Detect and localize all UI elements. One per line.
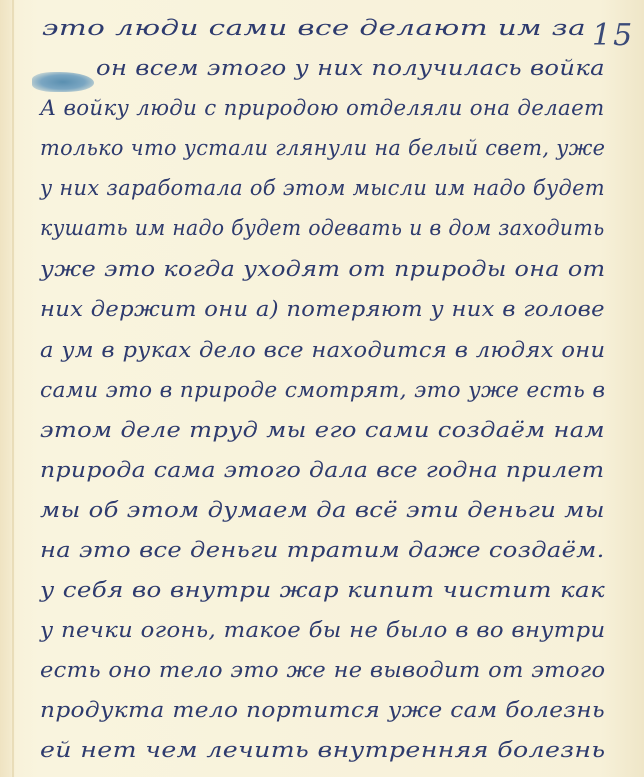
text-line-4: только что устали глянули на белый свет,… (40, 136, 605, 160)
text-line-5: у них заработала об этом мысли им надо б… (40, 176, 605, 200)
text-line-17: есть оно тело это же не выводит от этого (40, 658, 605, 682)
text-line-15: у себя во внутри жар кипит чистит как (40, 578, 605, 602)
text-line-2: он всем этого у них получилась войка (96, 56, 605, 80)
ink-blot (32, 72, 94, 92)
text-line-8: них держит они а) потеряют у них в голов… (40, 297, 605, 321)
page-fold (12, 0, 14, 777)
text-line-1: это люди сами все делают им за (42, 16, 586, 40)
text-line-6: кушать им надо будет одевать и в дом зах… (40, 216, 605, 240)
page-number: 15 (592, 18, 634, 53)
text-line-10: сами это в природе смотрят, это уже есть… (40, 378, 605, 402)
text-line-13: мы об этом думаем да всё эти деньги мы (40, 498, 605, 522)
text-line-9: а ум в руках дело все находится в людях … (40, 338, 605, 362)
text-line-12: природа сама этого дала все годна прилет (40, 458, 604, 482)
text-line-7: уже это когда уходят от природы она от (40, 257, 606, 281)
text-line-14: на это все деньги тратим даже создаём. (40, 538, 605, 562)
text-line-19: ей нет чем лечить внутренняя болезнь (40, 738, 606, 762)
text-line-3: А войку люди с природою отделяли она дел… (40, 96, 605, 120)
manuscript-page: 15 это люди сами все делают им за он все… (0, 0, 644, 777)
text-line-18: продукта тело портится уже сам болезнь (40, 698, 605, 722)
text-line-16: у печки огонь, такое бы не было в во вну… (40, 618, 605, 642)
text-line-11: этом деле труд мы его сами создаём нам (40, 418, 605, 442)
